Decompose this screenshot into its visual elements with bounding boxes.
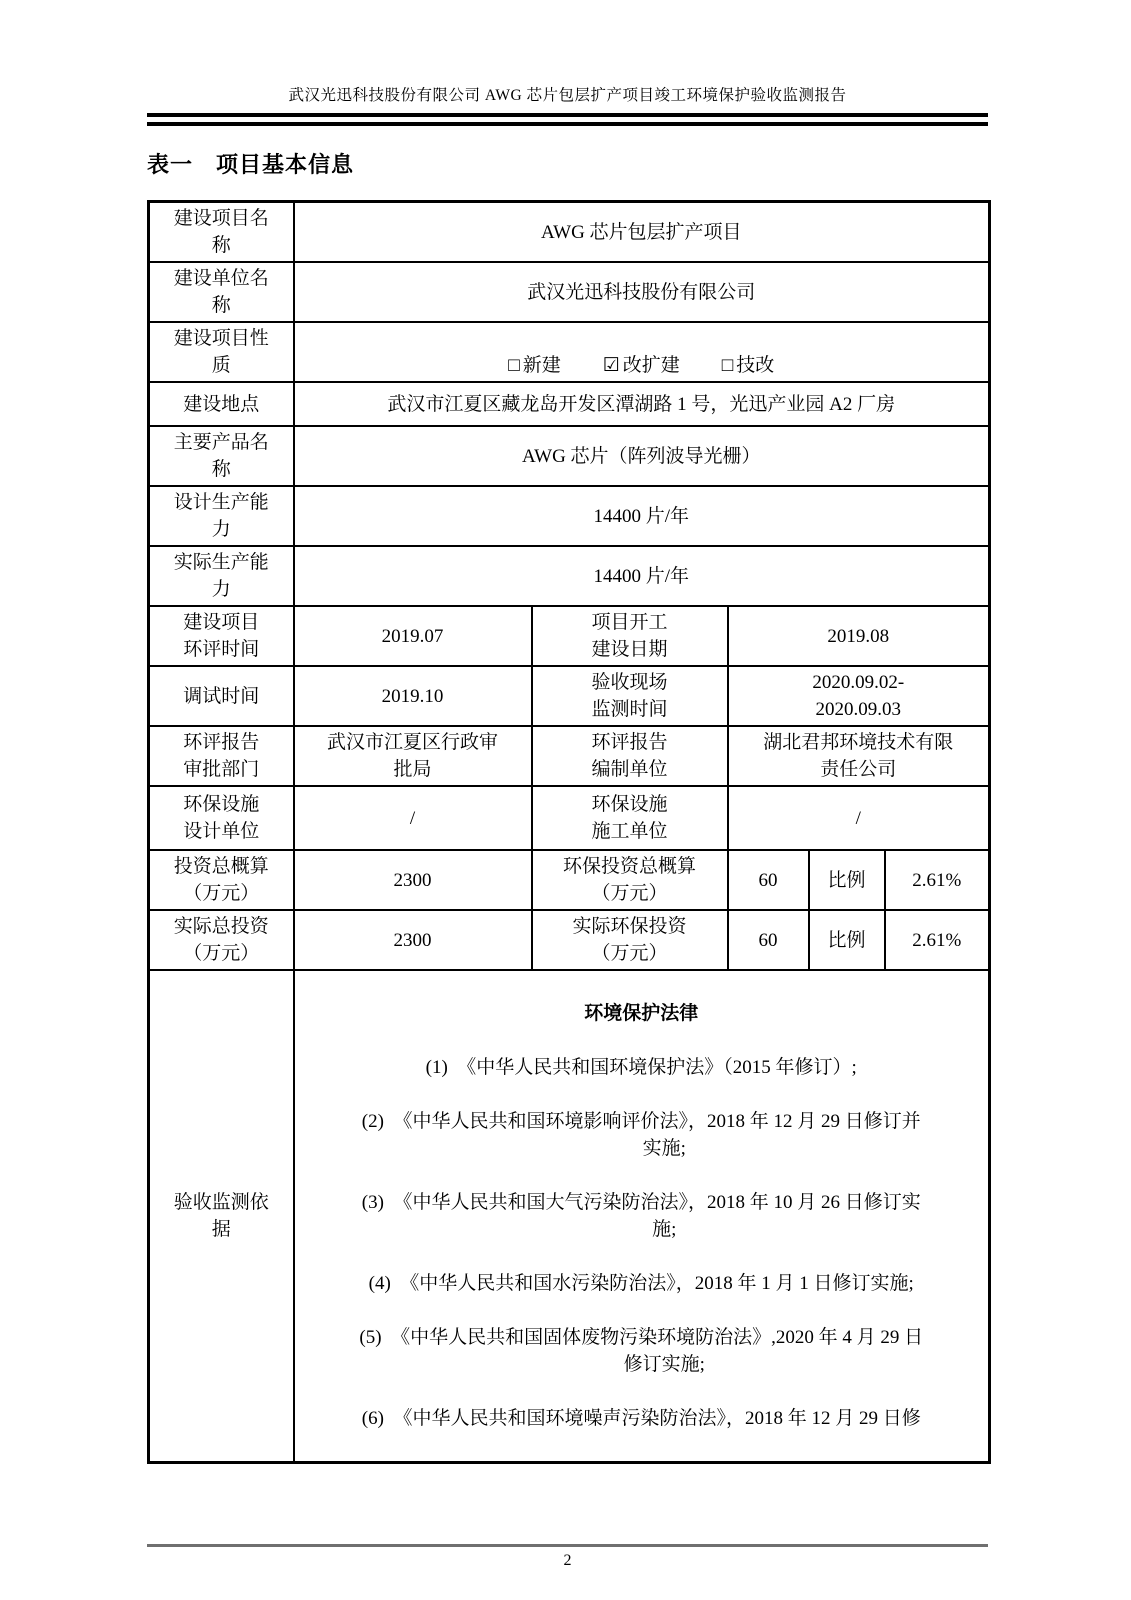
total-budget-value: 2300	[294, 850, 532, 910]
eia-compiler-value: 湖北君邦环境技术有限 责任公司	[728, 726, 990, 786]
section-title: 表一 项目基本信息	[147, 148, 988, 179]
company-name-value: 武汉光迅科技股份有限公司	[294, 262, 990, 322]
ep-design-unit-label: 环保设施 设计单位	[149, 786, 294, 850]
option-label: 新建	[523, 355, 561, 376]
project-info-table: 建设项目名 称 AWG 芯片包层扩产项目 建设单位名 称 武汉光迅科技股份有限公…	[147, 200, 991, 1464]
ratio-label: 比例	[809, 850, 885, 910]
eia-date-label: 建设项目 环评时间	[149, 606, 294, 666]
actual-ep-investment-value: 60	[728, 910, 809, 970]
row-actual-capacity: 实际生产能 力 14400 片/年	[149, 546, 990, 606]
design-capacity-label: 设计生产能 力	[149, 486, 294, 546]
acceptance-monitor-date-label: 验收现场 监测时间	[532, 666, 728, 726]
ratio-label: 比例	[809, 910, 885, 970]
row-monitor-basis: 验收监测依 据 环境保护法律 (1) 《中华人民共和国环境保护法》（2015 年…	[149, 970, 990, 1463]
row-company-name: 建设单位名 称 武汉光迅科技股份有限公司	[149, 262, 990, 322]
construction-start-value: 2019.08	[728, 606, 990, 666]
row-design-capacity: 设计生产能 力 14400 片/年	[149, 486, 990, 546]
project-nature-options: □新建 ☑改扩建 □技改	[508, 352, 774, 379]
option-new-build: □新建	[508, 352, 561, 379]
option-label: 改扩建	[623, 355, 680, 376]
location-value: 武汉市江夏区藏龙岛开发区潭湖路 1 号，光迅产业园 A2 厂房	[294, 382, 990, 426]
eia-compiler-label: 环评报告 编制单位	[532, 726, 728, 786]
debug-date-value: 2019.10	[294, 666, 532, 726]
legal-section-heading: 环境保护法律	[299, 1000, 985, 1027]
page-number: 2	[147, 1552, 988, 1570]
eia-date-value: 2019.07	[294, 606, 532, 666]
monitor-basis-label: 验收监测依 据	[149, 970, 294, 1463]
construction-start-label: 项目开工 建设日期	[532, 606, 728, 666]
row-main-product: 主要产品名 称 AWG 芯片（阵列波导光栅）	[149, 426, 990, 486]
row-actual-investment: 实际总投资 （万元） 2300 实际环保投资 （万元） 60 比例 2.61%	[149, 910, 990, 970]
actual-investment-value: 2300	[294, 910, 532, 970]
option-reconstruct-expand: ☑改扩建	[603, 352, 680, 379]
checkbox-unchecked-icon: □	[508, 355, 519, 376]
debug-date-label: 调试时间	[149, 666, 294, 726]
document-header-title: 武汉光迅科技股份有限公司 AWG 芯片包层扩产项目竣工环境保护验收监测报告	[147, 0, 988, 106]
ep-budget-value: 60	[728, 850, 809, 910]
project-nature-label: 建设项目性 质	[149, 322, 294, 382]
actual-ep-investment-label: 实际环保投资 （万元）	[532, 910, 728, 970]
row-project-nature: 建设项目性 质 □新建 ☑改扩建 □技改	[149, 322, 990, 382]
project-name-value: AWG 芯片包层扩产项目	[294, 202, 990, 263]
row-eia-approval: 环评报告 审批部门 武汉市江夏区行政审 批局 环评报告 编制单位 湖北君邦环境技…	[149, 726, 990, 786]
row-budget: 投资总概算 （万元） 2300 环保投资总概算 （万元） 60 比例 2.61%	[149, 850, 990, 910]
document-page: 武汉光迅科技股份有限公司 AWG 芯片包层扩产项目竣工环境保护验收监测报告 表一…	[0, 0, 1131, 1600]
company-name-label: 建设单位名 称	[149, 262, 294, 322]
ep-budget-label: 环保投资总概算 （万元）	[532, 850, 728, 910]
row-ep-facility: 环保设施 设计单位 / 环保设施 施工单位 /	[149, 786, 990, 850]
legal-item-3: (3) 《中华人民共和国大气污染防治法》，2018 年 10 月 26 日修订实…	[299, 1189, 985, 1243]
ep-design-unit-value: /	[294, 786, 532, 850]
ratio-value: 2.61%	[885, 850, 990, 910]
ratio-value: 2.61%	[885, 910, 990, 970]
ep-construction-unit-label: 环保设施 施工单位	[532, 786, 728, 850]
row-eia-date: 建设项目 环评时间 2019.07 项目开工 建设日期 2019.08	[149, 606, 990, 666]
ep-construction-unit-value: /	[728, 786, 990, 850]
legal-item-5: (5) 《中华人民共和国固体废物污染环境防治法》,2020 年 4 月 29 日…	[299, 1324, 985, 1378]
design-capacity-value: 14400 片/年	[294, 486, 990, 546]
acceptance-monitor-date-value: 2020.09.02- 2020.09.03	[728, 666, 990, 726]
main-product-label: 主要产品名 称	[149, 426, 294, 486]
actual-investment-label: 实际总投资 （万元）	[149, 910, 294, 970]
legal-item-4: (4) 《中华人民共和国水污染防治法》，2018 年 1 月 1 日修订实施;	[299, 1270, 985, 1297]
checkbox-unchecked-icon: □	[722, 355, 733, 376]
eia-approval-dept-label: 环评报告 审批部门	[149, 726, 294, 786]
row-project-name: 建设项目名 称 AWG 芯片包层扩产项目	[149, 202, 990, 263]
footer-rule	[147, 1544, 988, 1547]
total-budget-label: 投资总概算 （万元）	[149, 850, 294, 910]
row-location: 建设地点 武汉市江夏区藏龙岛开发区潭湖路 1 号，光迅产业园 A2 厂房	[149, 382, 990, 426]
page-content: 武汉光迅科技股份有限公司 AWG 芯片包层扩产项目竣工环境保护验收监测报告 表一…	[147, 0, 988, 1570]
option-label: 技改	[736, 355, 774, 376]
legal-item-1: (1) 《中华人民共和国环境保护法》（2015 年修订）;	[299, 1054, 985, 1081]
eia-approval-dept-value: 武汉市江夏区行政审 批局	[294, 726, 532, 786]
checkbox-checked-icon: ☑	[603, 355, 620, 376]
legal-item-6: (6) 《中华人民共和国环境噪声污染防治法》，2018 年 12 月 29 日修	[299, 1405, 985, 1432]
project-nature-value: □新建 ☑改扩建 □技改	[294, 322, 990, 382]
project-name-label: 建设项目名 称	[149, 202, 294, 263]
actual-capacity-value: 14400 片/年	[294, 546, 990, 606]
header-double-rule	[147, 113, 988, 126]
location-label: 建设地点	[149, 382, 294, 426]
monitor-basis-content: 环境保护法律 (1) 《中华人民共和国环境保护法》（2015 年修订）; (2)…	[294, 970, 990, 1463]
row-debug-date: 调试时间 2019.10 验收现场 监测时间 2020.09.02- 2020.…	[149, 666, 990, 726]
actual-capacity-label: 实际生产能 力	[149, 546, 294, 606]
main-product-value: AWG 芯片（阵列波导光栅）	[294, 426, 990, 486]
legal-item-2: (2) 《中华人民共和国环境影响评价法》，2018 年 12 月 29 日修订并…	[299, 1108, 985, 1162]
option-tech-upgrade: □技改	[722, 352, 775, 379]
